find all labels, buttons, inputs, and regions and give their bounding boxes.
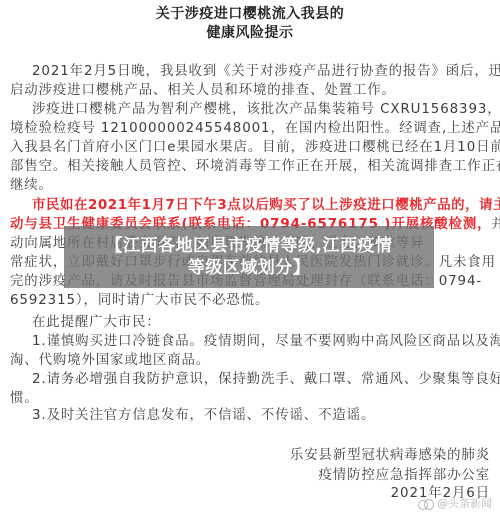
- reminder-2-line-1: 2.请务必增强自我防护意识，保持勤洗手、戴口罩、常通风、少聚集等良好习: [32, 370, 490, 389]
- reminder-1-line-2: 淘、代购境外国家或地区商品。: [10, 351, 490, 370]
- paragraph-2-line-2: 境检验检疫号 121000000245548001，在国内检出阳性。经调查,上述…: [10, 119, 490, 138]
- paragraph-1-line-2: 启动涉疫进口樱桃产品、相关人员和环境的排查、处置工作。: [10, 81, 490, 100]
- paragraph-1-line-1: 2021年2月5日晚，我县收到《关于对涉疫产品进行协查的报告》函后，迅速: [32, 62, 490, 81]
- paragraph-2-line-5: 继续。: [10, 176, 490, 195]
- paragraph-3-red-line-1: 市民如在2021年1月7日下午3点以后购买了以上涉疫进口樱桃产品的，请主: [32, 196, 490, 215]
- source-watermark: @头条新闻: [418, 497, 492, 511]
- paragraph-2-line-3: 入我县名门首府小区门口e果园水果店。目前，涉疫进口樱桃已经在1月10日前全: [10, 138, 490, 157]
- signature-org-line-1: 乐安县新型冠状病毒感染的肺炎: [290, 446, 490, 465]
- paragraph-2-line-1: 涉疫进口樱桃产品为智利产樱桃，该批次产品集装箱号 CXRU1568393，入: [32, 100, 490, 119]
- headline-overlay-line-2: 等级区域划分】: [188, 257, 311, 279]
- paragraph-2-line-4: 部售空。相关接触人员管控、环境消毒等工作正在开展，相关流调排查工作正在: [10, 157, 490, 176]
- watermark-text: @头条新闻: [437, 497, 492, 511]
- document-title-line-2: 健康风险提示: [0, 24, 500, 43]
- paragraph-3-line-2-tail: 并主: [491, 217, 500, 232]
- notice-document: 关于涉疫进口樱桃流入我县的 健康风险提示 2021年2月5日晚，我县收到《关于对…: [0, 0, 500, 514]
- paragraph-3-line-6: 6592315），同时请广大市民不必恐慌。: [10, 291, 490, 310]
- weibo-logo-icon: [418, 499, 434, 510]
- headline-overlay-line-1: 【江西各地区县市疫情等级,江西疫情: [106, 235, 393, 257]
- reminder-intro: 在此提醒广大市民：: [32, 313, 490, 332]
- signature-org-line-2: 疫情防控应急指挥部办公室: [319, 466, 491, 485]
- reminder-3-line-1: 3.及时关注官方信息发布，不信谣、不传谣、不造谣。: [32, 406, 490, 425]
- headline-overlay[interactable]: 【江西各地区县市疫情等级,江西疫情 等级区域划分】: [64, 226, 434, 288]
- document-title-line-1: 关于涉疫进口樱桃流入我县的: [0, 5, 500, 24]
- reminder-1-line-1: 1.谨慎购买进口冷链食品。疫情期间，尽量不要网购中高风险区商品以及海: [32, 332, 490, 351]
